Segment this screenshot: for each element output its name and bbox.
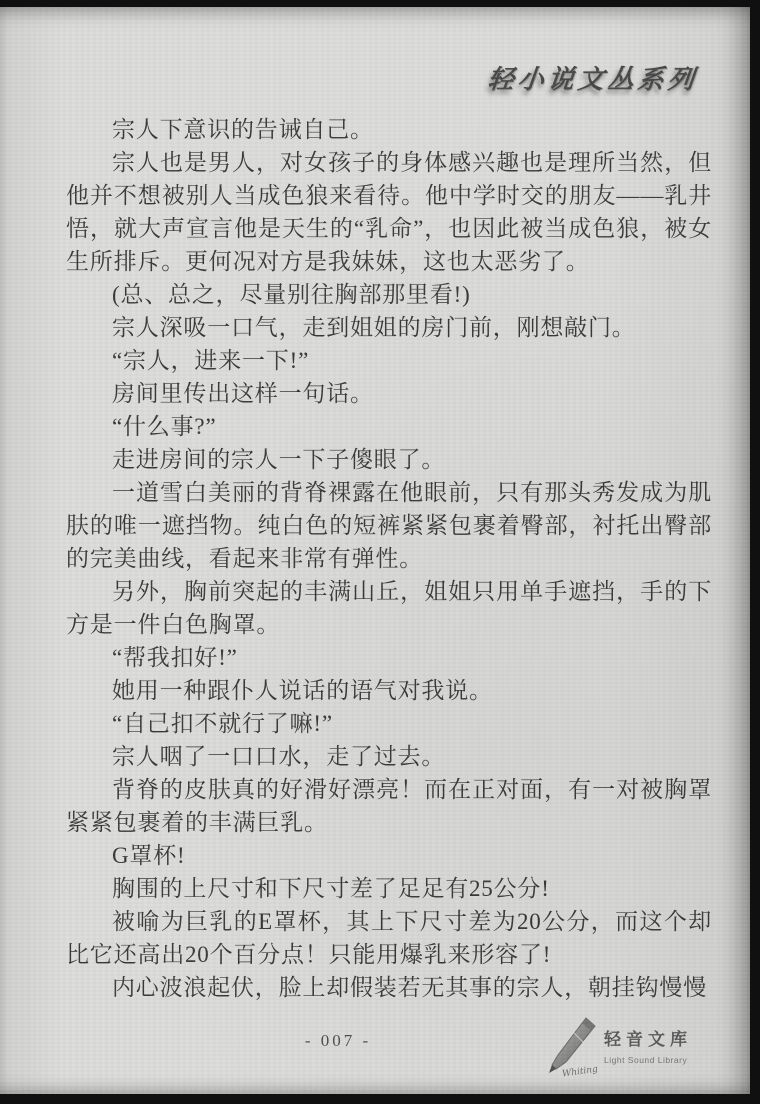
paragraph: “自己扣不就行了嘛!” <box>66 707 712 740</box>
paragraph: 宗人下意识的告诫自己。 <box>66 113 712 146</box>
body-text: 宗人下意识的告诫自己。宗人也是男人，对女孩子的身体感兴趣也是理所当然，但他并不想… <box>66 113 712 1004</box>
paragraph: 走进房间的宗人一下子傻眼了。 <box>66 443 712 476</box>
paragraph: 背脊的皮肤真的好滑好漂亮！而在正对面，有一对被胸罩紧紧包裹着的丰满巨乳。 <box>66 773 712 839</box>
scanned-book-page: 轻小说文丛系列 宗人下意识的告诫自己。宗人也是男人，对女孩子的身体感兴趣也是理所… <box>0 0 760 1104</box>
paragraph: “帮我扣好!” <box>66 641 712 674</box>
paragraph: 内心波浪起伏，脸上却假装若无其事的宗人，朝挂钩慢慢 <box>66 971 712 1004</box>
logo-english-name: Light Sound Library <box>604 1055 687 1065</box>
paragraph: 一道雪白美丽的背脊裸露在他眼前，只有那头秀发成为肌肤的唯一遮挡物。纯白色的短裤紧… <box>66 476 712 575</box>
publisher-logo: Whiting 轻音文库 Light Sound Library <box>546 1013 706 1085</box>
logo-chinese-name: 轻音文库 <box>604 1030 692 1049</box>
paragraph: “宗人，进来一下!” <box>66 344 712 377</box>
paragraph: 被喻为巨乳的E罩杯，其上下尺寸差为20公分，而这个却比它还高出20个百分点！只能… <box>66 905 712 971</box>
paragraph: 另外，胸前突起的丰满山丘，姐姐只用单手遮挡，手的下方是一件白色胸罩。 <box>66 575 712 641</box>
paragraph: 胸围的上尺寸和下尺寸差了足足有25公分! <box>66 872 712 905</box>
logo-text-block: 轻音文库 Light Sound Library <box>604 1025 704 1068</box>
paragraph: “什么事?” <box>66 410 712 443</box>
paper-page: 轻小说文丛系列 宗人下意识的告诫自己。宗人也是男人，对女孩子的身体感兴趣也是理所… <box>0 7 750 1094</box>
paragraph: 房间里传出这样一句话。 <box>66 377 712 410</box>
paragraph: 宗人也是男人，对女孩子的身体感兴趣也是理所当然，但他并不想被别人当成色狼来看待。… <box>66 146 712 278</box>
paragraph: (总、总之，尽量别往胸部那里看!) <box>66 278 712 311</box>
series-header-calligraphy: 轻小说文丛系列 <box>486 59 700 96</box>
paragraph: 她用一种跟仆人说话的语气对我说。 <box>66 674 712 707</box>
paragraph: 宗人深吸一口气，走到姐姐的房门前，刚想敲门。 <box>66 311 712 344</box>
paragraph: G罩杯! <box>66 839 712 872</box>
paragraph: 宗人咽了一口口水，走了过去。 <box>66 740 712 773</box>
